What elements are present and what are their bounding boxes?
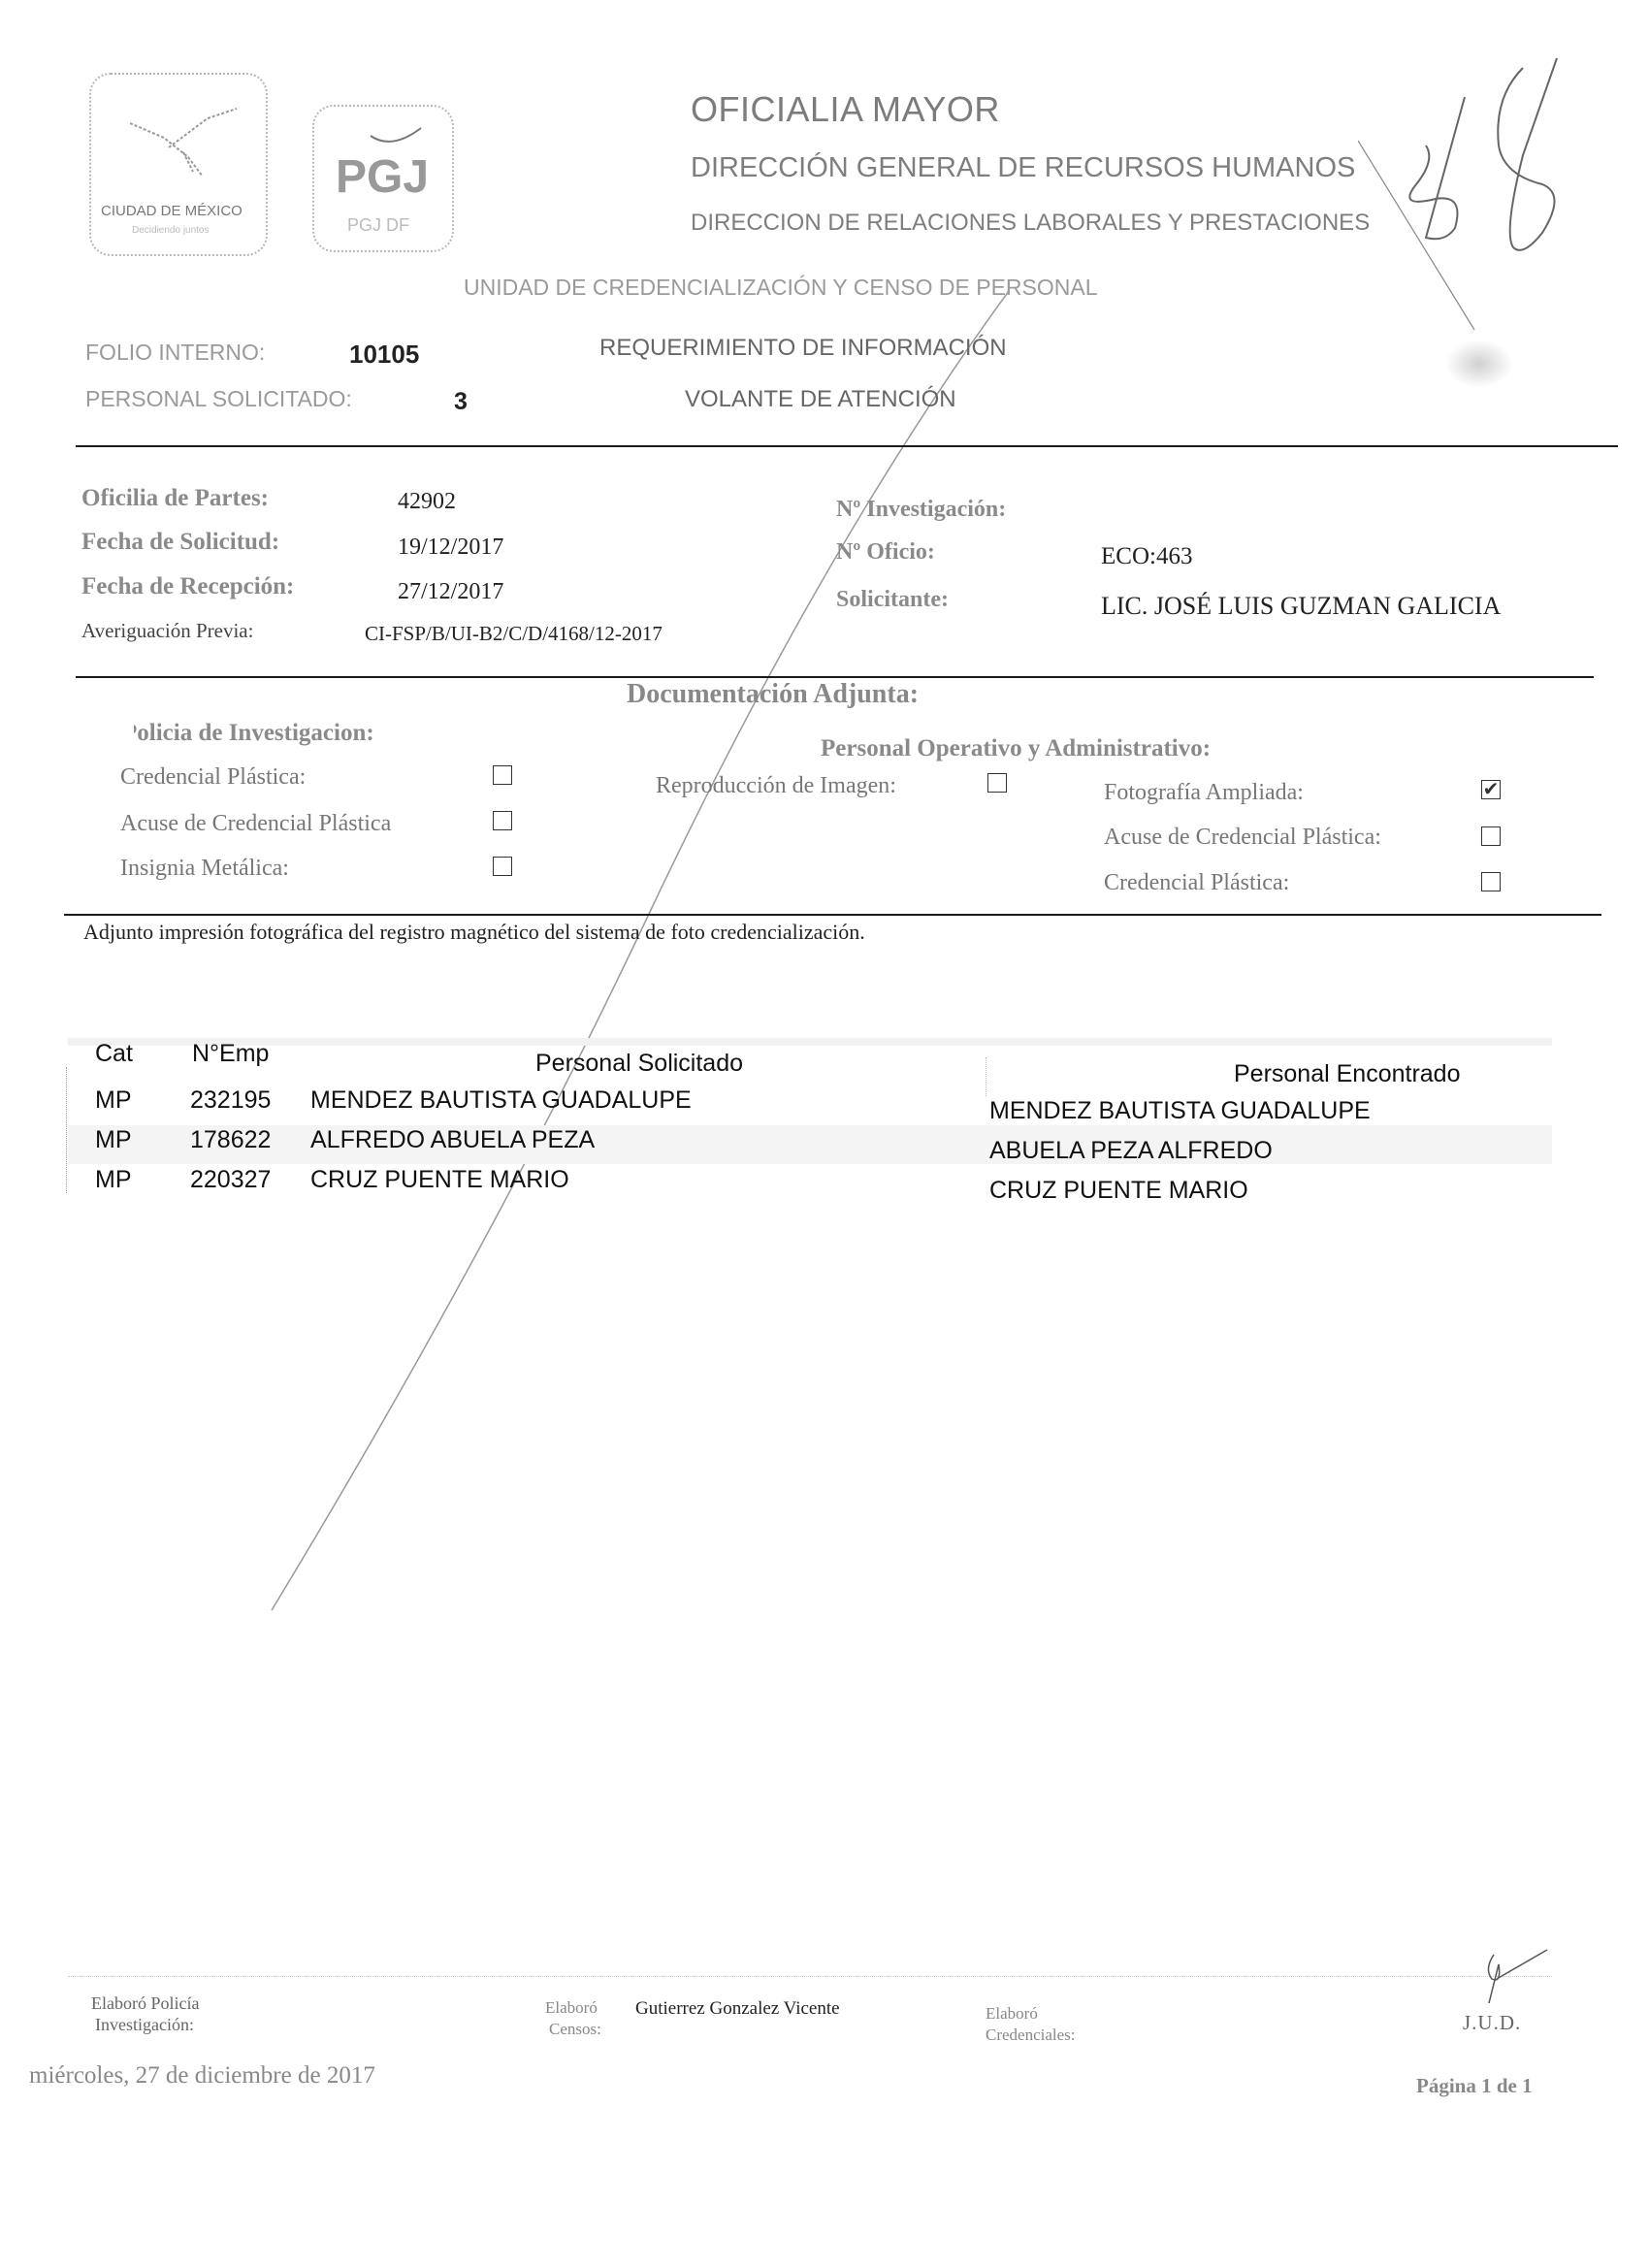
pgj-arc-icon xyxy=(314,116,452,155)
header-title: OFICIALIA MAYOR xyxy=(691,89,1000,130)
cell-emp: 232195 xyxy=(190,1086,271,1115)
cell-cat: MP xyxy=(95,1086,132,1115)
header-solicitado: Personal Solicitado xyxy=(535,1050,743,1078)
censos-name: Gutierrez Gonzalez Vicente xyxy=(635,1998,840,2020)
pgj-label: PGJ xyxy=(336,150,429,204)
diagonal-pen-stroke xyxy=(242,291,1115,1649)
cell-solicitado: ALFREDO ABUELA PEZA xyxy=(310,1126,595,1154)
jud-signature xyxy=(1465,1945,1552,2013)
header-line1: DIRECCIÓN GENERAL DE RECURSOS HUMANOS xyxy=(691,152,1355,184)
personal-label: PERSONAL SOLICITADO: xyxy=(85,386,352,412)
reproduccion-label: Reproducción de Imagen: xyxy=(656,773,896,799)
cell-encontrado: MENDEZ BAUTISTA GUADALUPE xyxy=(989,1097,1371,1125)
divider xyxy=(76,445,1618,447)
footer-faint-line xyxy=(68,1976,1552,1977)
cdmx-motto: Decidiendo juntos xyxy=(132,225,210,236)
table-band xyxy=(68,1038,1552,1046)
checkbox-policia-acuse[interactable] xyxy=(493,811,512,830)
cell-emp: 178622 xyxy=(190,1126,271,1154)
policia-item-label: Acuse de Credencial Plástica xyxy=(120,811,391,837)
operativo-title: Personal Operativo y Administrativo: xyxy=(821,735,1211,762)
oficio-label: Nº Oficio: xyxy=(836,539,935,566)
operativo-item-label: Acuse de Credencial Plástica: xyxy=(1104,825,1381,851)
operativo-item-label: Credencial Plástica: xyxy=(1104,870,1289,896)
elaboro-censos-label: Elaboró xyxy=(545,1998,598,2018)
folio-label: FOLIO INTERNO: xyxy=(85,340,265,366)
oficio-value: ECO:463 xyxy=(1101,543,1192,570)
cdmx-label: CIUDAD DE MÉXICO xyxy=(101,203,242,219)
fecha-recepcion-value: 27/12/2017 xyxy=(398,579,503,605)
cdmx-logo: CIUDAD DE MÉXICO Decidiendo juntos xyxy=(89,73,268,256)
header-emp: N°Emp xyxy=(192,1040,269,1068)
checkbox-operativo-acuse[interactable] xyxy=(1481,826,1501,846)
header-cat: Cat xyxy=(95,1040,133,1068)
fecha-recepcion-label: Fecha de Recepción: xyxy=(81,573,294,600)
volante-title: VOLANTE DE ATENCIÓN xyxy=(685,386,956,413)
checkbox-fotografia-ampliada[interactable]: ✔ xyxy=(1481,780,1501,799)
table-left-border xyxy=(66,1067,68,1193)
elaboro-policia-label: Elaboró Policía xyxy=(91,1993,199,2014)
checkbox-policia-insignia[interactable] xyxy=(493,857,512,876)
table-band xyxy=(68,1125,1552,1164)
cell-solicitado: MENDEZ BAUTISTA GUADALUPE xyxy=(310,1086,692,1115)
folio-value: 10105 xyxy=(349,340,419,370)
fecha-solicitud-label: Fecha de Solicitud: xyxy=(81,529,279,556)
hummingbird-icon xyxy=(91,80,266,186)
documentation-note: Adjunto impresión fotográfica del regist… xyxy=(83,920,865,945)
operativo-item-label: Fotografía Ampliada: xyxy=(1104,780,1304,806)
personal-value: 3 xyxy=(454,388,468,416)
table-right-border xyxy=(986,1057,987,1096)
cell-cat: MP xyxy=(95,1126,132,1154)
policia-item-label: Credencial Plástica: xyxy=(120,764,306,791)
investigacion-footer-label: Investigación: xyxy=(95,2015,194,2035)
policia-title: Policia de Investigacion: xyxy=(122,720,374,747)
averiguacion-label: Averiguación Previa: xyxy=(81,619,253,643)
jud-label: J.U.D. xyxy=(1463,2011,1521,2035)
credenciales-label: Credenciales: xyxy=(986,2025,1076,2045)
cell-encontrado: CRUZ PUENTE MARIO xyxy=(989,1177,1248,1205)
policia-item-label: Insignia Metálica: xyxy=(120,856,289,882)
checkbox-operativo-credencial[interactable] xyxy=(1481,872,1501,891)
cell-solicitado: CRUZ PUENTE MARIO xyxy=(310,1166,569,1194)
pgj-sub: PGJ DF xyxy=(347,215,409,236)
page-number: Página 1 de 1 xyxy=(1416,2074,1533,2098)
investigacion-label: Nº Investigación: xyxy=(836,497,1006,523)
footer-date: miércoles, 27 de diciembre de 2017 xyxy=(29,2062,375,2090)
header-encontrado: Personal Encontrado xyxy=(1234,1060,1460,1088)
elaboro-credenciales-label: Elaboró xyxy=(986,2004,1038,2024)
fecha-solicitud-value: 19/12/2017 xyxy=(398,535,503,561)
averiguacion-value: CI-FSP/B/UI-B2/C/D/4168/12-2017 xyxy=(365,622,663,646)
checkbox-reproduccion[interactable] xyxy=(987,773,1007,793)
checkbox-policia-credencial[interactable] xyxy=(493,765,512,785)
header-line2: DIRECCION DE RELACIONES LABORALES Y PRES… xyxy=(691,210,1370,237)
divider xyxy=(64,914,1601,916)
oficilia-label: Oficilia de Partes: xyxy=(81,485,269,512)
solicitante-value: LIC. JOSÉ LUIS GUZMAN GALICIA xyxy=(1101,592,1501,621)
cell-emp: 220327 xyxy=(190,1166,271,1194)
oficilia-value: 42902 xyxy=(398,489,456,515)
stamp-smudge xyxy=(1445,340,1513,388)
documentation-title: Documentación Adjunta: xyxy=(627,679,919,710)
divider xyxy=(76,676,1594,678)
handwritten-signature xyxy=(1358,39,1610,369)
req-title: REQUERIMIENTO DE INFORMACIÓN xyxy=(599,335,1007,362)
censos-label: Censos: xyxy=(549,2020,601,2039)
pgj-logo: PGJ PGJ DF xyxy=(312,105,454,252)
solicitante-label: Solicitante: xyxy=(836,587,949,613)
cell-encontrado: ABUELA PEZA ALFREDO xyxy=(989,1137,1273,1165)
cell-cat: MP xyxy=(95,1166,132,1194)
